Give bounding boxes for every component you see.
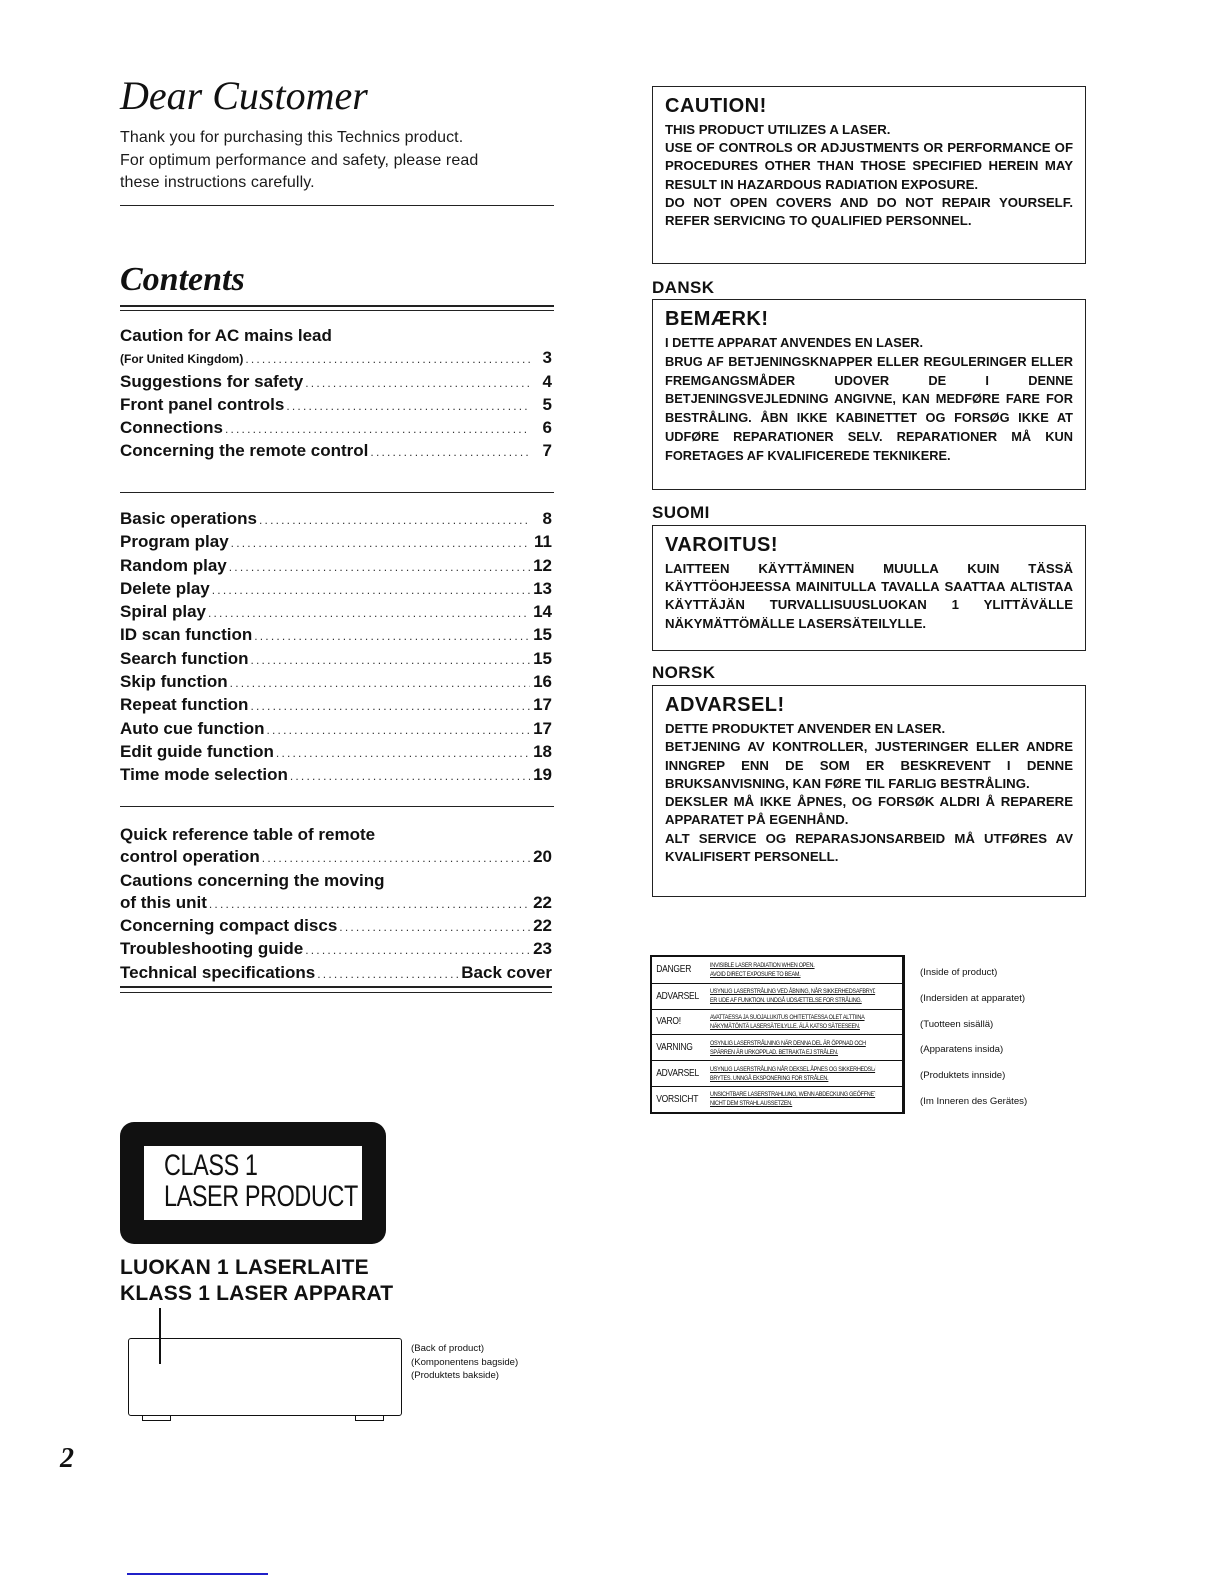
class-label-swedish: KLASS 1 LASER APPARAT	[120, 1281, 393, 1307]
toc-leader-dots	[225, 418, 530, 440]
label-table-line: OSYNLIG LASERSTRÅLNING NÄR DENNA DEL ÄR …	[710, 1039, 875, 1048]
toc-entry-page: 15	[532, 624, 552, 646]
toc-entry[interactable]: (For United Kingdom)3	[120, 347, 552, 370]
link-underline[interactable]	[127, 1573, 268, 1575]
language-heading-norsk: NORSK	[652, 663, 715, 683]
label-table-key: VORSICHT	[652, 1094, 701, 1105]
toc-entry-label: Search function	[120, 648, 248, 670]
product-foot-right	[355, 1416, 384, 1421]
label-table-row: VARNINGOSYNLIG LASERSTRÅLNING NÄR DENNA …	[652, 1034, 902, 1060]
toc-entry-page: 17	[532, 718, 552, 740]
label-table-text: AVATTAESSA JA SUOJALUKITUS OHITETTAESSA …	[710, 1013, 875, 1031]
label-table-text: USYNLIG LASERSTRÅLING VED ÅBNING, NÅR SI…	[710, 987, 875, 1005]
toc-entry-label: Edit guide function	[120, 741, 274, 763]
badge-line: CLASS 1	[164, 1150, 358, 1181]
norsk-paragraph: ALT SERVICE OG REPARASJONSARBEID MÅ UTFØ…	[665, 830, 1073, 867]
greeting-title: Dear Customer	[120, 72, 368, 120]
toc-entry-page: 23	[532, 938, 552, 960]
greeting-line: Thank you for purchasing this Technics p…	[120, 127, 560, 150]
suomi-warning-body: LAITTEEN KÄYTTÄMINEN MUULLA KUIN TÄSSÄ K…	[665, 560, 1073, 633]
toc-entry[interactable]: Concerning the remote control7	[120, 440, 552, 463]
class1-laser-badge-inner: CLASS 1 LASER PRODUCT	[144, 1146, 362, 1220]
label-table-key: DANGER	[652, 964, 701, 975]
laser-warning-label-table: DANGERINVISIBLE LASER RADIATION WHEN OPE…	[650, 955, 905, 1114]
toc-entry-page: 3	[532, 347, 552, 369]
suomi-paragraph: LAITTEEN KÄYTTÄMINEN MUULLA KUIN TÄSSÄ K…	[665, 560, 1073, 633]
product-back-diagram	[128, 1338, 402, 1416]
toc-entry-page: 22	[532, 915, 552, 937]
label-table-text: UNSICHTBARE LASERSTRAHLUNG, WENN ABDECKU…	[710, 1090, 875, 1108]
divider	[120, 305, 554, 307]
toc-entry-page: 17	[532, 694, 552, 716]
caution-paragraph: THIS PRODUCT UTILIZES A LASER.	[665, 121, 1073, 139]
back-caption: (Komponentens bagside)	[411, 1356, 518, 1370]
toc-leader-dots	[208, 602, 530, 624]
suomi-warning-box: VAROITUS! LAITTEEN KÄYTTÄMINEN MUULLA KU…	[652, 525, 1086, 651]
toc-leader-dots	[250, 649, 530, 671]
class-label-finnish: LUOKAN 1 LASERLAITE	[120, 1255, 369, 1281]
toc-entry-page: 6	[532, 417, 552, 439]
label-table-line: USYNLIG LASERSTRÅLING VED ÅBNING, NÅR SI…	[710, 987, 875, 996]
toc-entry-label: Cautions concerning the moving	[120, 870, 384, 892]
label-caption: (Produktets innside)	[920, 1063, 1027, 1089]
toc-entry[interactable]: Random play12	[120, 555, 552, 578]
norsk-paragraph: BETJENING AV KONTROLLER, JUSTERINGER ELL…	[665, 738, 1073, 793]
toc-entry[interactable]: of this unit22	[120, 892, 552, 915]
toc-entry-label: of this unit	[120, 892, 207, 914]
label-table-line: SPÄRREN ÄR URKOPPLAD. BETRAKTA EJ STRÅLE…	[710, 1048, 875, 1057]
toc-entry-label: Quick reference table of remote	[120, 824, 375, 846]
dansk-paragraph: BRUG AF BETJENINGSKNAPPER ELLER REGULERI…	[665, 353, 1073, 466]
label-table-line: NÄKYMÄTÖNTÄ LASERSÄTEILYLLE. ÄLÄ KATSO S…	[710, 1022, 875, 1031]
toc-leader-dots	[305, 939, 530, 961]
label-pointer-line	[159, 1308, 161, 1364]
back-caption: (Back of product)	[411, 1342, 518, 1356]
divider	[120, 986, 552, 988]
language-heading-dansk: DANSK	[652, 278, 714, 298]
label-table-row: DANGERINVISIBLE LASER RADIATION WHEN OPE…	[652, 957, 902, 983]
label-caption: (Apparatens insida)	[920, 1037, 1027, 1063]
toc-entry[interactable]: ID scan function15	[120, 624, 552, 647]
label-table-row: ADVARSELUSYNLIG LASERSTRÅLING VED ÅBNING…	[652, 983, 902, 1009]
toc-entry[interactable]: Basic operations8	[120, 508, 552, 531]
label-table-key: ADVARSEL	[652, 1068, 701, 1079]
product-foot-left	[142, 1416, 171, 1421]
toc-entry-page: Back cover	[461, 962, 552, 984]
toc-leader-dots	[370, 441, 530, 463]
back-of-product-captions: (Back of product) (Komponentens bagside)…	[411, 1342, 518, 1383]
toc-entry-label: (For United Kingdom)	[120, 348, 243, 370]
label-table-line: BRYTES. UNNGÅ EKSPONERING FOR STRÅLEN.	[710, 1074, 875, 1083]
label-table-line: AVATTAESSA JA SUOJALUKITUS OHITETTAESSA …	[710, 1013, 875, 1022]
toc-entry-page: 12	[532, 555, 552, 577]
toc-entry-page: 7	[532, 440, 552, 462]
toc-entry-label: Technical specifications	[120, 962, 315, 984]
label-table-key: VARNING	[652, 1042, 701, 1053]
toc-leader-dots	[339, 916, 530, 938]
norsk-warning-body: DETTE PRODUKTET ANVENDER EN LASER. BETJE…	[665, 720, 1073, 866]
toc-entry[interactable]: Time mode selection19	[120, 764, 552, 787]
toc-leader-dots	[254, 625, 530, 647]
caution-box: CAUTION! THIS PRODUCT UTILIZES A LASER. …	[652, 86, 1086, 264]
norsk-warning-box: ADVARSEL! DETTE PRODUKTET ANVENDER EN LA…	[652, 685, 1086, 897]
toc-entry-label: Basic operations	[120, 508, 257, 530]
toc-leader-dots	[245, 348, 530, 370]
norsk-warning-title: ADVARSEL!	[665, 692, 1073, 718]
divider	[120, 992, 552, 993]
toc-leader-dots	[266, 719, 530, 741]
label-table-row: VARO!AVATTAESSA JA SUOJALUKITUS OHITETTA…	[652, 1009, 902, 1035]
toc-entry-page: 16	[532, 671, 552, 693]
toc-entry[interactable]: Edit guide function18	[120, 741, 552, 764]
toc-leader-dots	[212, 579, 530, 601]
caution-paragraph: USE OF CONTROLS OR ADJUSTMENTS OR PERFOR…	[665, 139, 1073, 194]
class1-laser-badge-text: CLASS 1 LASER PRODUCT	[164, 1150, 358, 1212]
toc-entry-page: 15	[532, 648, 552, 670]
toc-entry-page: 5	[532, 394, 552, 416]
toc-group-1: Caution for AC mains lead(For United Kin…	[120, 325, 552, 464]
greeting-line: these instructions carefully.	[120, 172, 560, 195]
label-table-row: ADVARSELUSYNLIG LASERSTRÅLING NÅR DEKSEL…	[652, 1060, 902, 1086]
toc-leader-dots	[229, 556, 530, 578]
toc-entry-label: Concerning the remote control	[120, 440, 368, 462]
label-table-text: OSYNLIG LASERSTRÅLNING NÄR DENNA DEL ÄR …	[710, 1039, 875, 1057]
toc-entry-page: 20	[532, 846, 552, 868]
greeting-text: Thank you for purchasing this Technics p…	[120, 127, 560, 195]
toc-leader-dots	[276, 742, 530, 764]
language-heading-suomi: SUOMI	[652, 503, 710, 523]
toc-entry[interactable]: Repeat function17	[120, 694, 552, 717]
toc-entry-label: ID scan function	[120, 624, 252, 646]
divider	[120, 310, 554, 311]
toc-leader-dots	[209, 893, 530, 915]
caution-title: CAUTION!	[665, 93, 1073, 119]
label-table-text: INVISIBLE LASER RADIATION WHEN OPEN.AVOI…	[710, 961, 875, 979]
label-table-row: VORSICHTUNSICHTBARE LASERSTRAHLUNG, WENN…	[652, 1086, 902, 1112]
caution-paragraph: DO NOT OPEN COVERS AND DO NOT REPAIR YOU…	[665, 194, 1073, 230]
label-table-line: USYNLIG LASERSTRÅLING NÅR DEKSEL ÅPNES O…	[710, 1065, 875, 1074]
toc-entry-label: Troubleshooting guide	[120, 938, 303, 960]
toc-group-2: Basic operations8Program play11Random pl…	[120, 508, 552, 788]
toc-entry-label: Front panel controls	[120, 394, 284, 416]
toc-entry: Caution for AC mains lead	[120, 325, 552, 347]
suomi-warning-title: VAROITUS!	[665, 532, 1073, 558]
toc-entry-label: Random play	[120, 555, 227, 577]
toc-entry[interactable]: Delete play13	[120, 578, 552, 601]
label-table-line: AVOID DIRECT EXPOSURE TO BEAM.	[710, 970, 875, 979]
dansk-warning-box: BEMÆRK! I DETTE APPARAT ANVENDES EN LASE…	[652, 299, 1086, 490]
toc-entry[interactable]: Auto cue function17	[120, 718, 552, 741]
greeting-line: For optimum performance and safety, plea…	[120, 150, 560, 173]
norsk-paragraph: DEKSLER MÅ IKKE ÅPNES, OG FORSØK ALDRI Å…	[665, 793, 1073, 830]
toc-entry-label: Connections	[120, 417, 223, 439]
toc-leader-dots	[286, 395, 530, 417]
label-caption: (Im Inneren des Gerätes)	[920, 1089, 1027, 1115]
label-table-line: ER UDE AF FUNKTION. UNDGÅ UDSÆTTELSE FOR…	[710, 996, 875, 1005]
class1-laser-badge: CLASS 1 LASER PRODUCT	[120, 1122, 386, 1244]
toc-entry[interactable]: Skip function16	[120, 671, 552, 694]
toc-entry-label: Suggestions for safety	[120, 371, 303, 393]
toc-leader-dots	[231, 532, 530, 554]
label-table-line: NICHT DEM STRAHL AUSSETZEN.	[710, 1099, 875, 1108]
label-table-line: INVISIBLE LASER RADIATION WHEN OPEN.	[710, 961, 875, 970]
divider	[120, 806, 554, 807]
label-caption: (Inside of product)	[920, 960, 1027, 986]
label-captions: (Inside of product)(Indersiden at appara…	[920, 960, 1027, 1115]
toc-entry-label: Caution for AC mains lead	[120, 325, 332, 347]
label-table-key: ADVARSEL	[652, 991, 701, 1002]
toc-leader-dots	[230, 672, 530, 694]
contents-title: Contents	[120, 258, 245, 302]
toc-entry[interactable]: control operation20	[120, 846, 552, 869]
page-number: 2	[60, 1443, 74, 1475]
toc-leader-dots	[290, 765, 530, 787]
toc-entry[interactable]: Program play11	[120, 531, 552, 554]
toc-entry-page: 13	[532, 578, 552, 600]
toc-entry-page: 4	[532, 371, 552, 393]
toc-entry-label: Spiral play	[120, 601, 206, 623]
toc-entry[interactable]: Search function15	[120, 648, 552, 671]
toc-entry-label: Skip function	[120, 671, 228, 693]
toc-entry-label: Time mode selection	[120, 764, 288, 786]
dansk-warning-title: BEMÆRK!	[665, 306, 1073, 332]
toc-entry[interactable]: Technical specificationsBack cover	[120, 962, 552, 985]
toc-entry-label: Program play	[120, 531, 229, 553]
dansk-paragraph: I DETTE APPARAT ANVENDES EN LASER.	[665, 334, 1073, 353]
label-caption: (Indersiden at apparatet)	[920, 986, 1027, 1012]
toc-entry[interactable]: Spiral play14	[120, 601, 552, 624]
toc-leader-dots	[317, 963, 459, 985]
divider	[120, 492, 554, 493]
divider	[120, 205, 554, 206]
toc-entry: Cautions concerning the moving	[120, 870, 552, 892]
dansk-warning-body: I DETTE APPARAT ANVENDES EN LASER. BRUG …	[665, 334, 1073, 466]
toc-group-3: Quick reference table of remotecontrol o…	[120, 824, 552, 985]
toc-leader-dots	[250, 695, 530, 717]
toc-entry[interactable]: Troubleshooting guide23	[120, 938, 552, 961]
toc-entry[interactable]: Suggestions for safety4	[120, 371, 552, 394]
toc-entry-label: Delete play	[120, 578, 210, 600]
label-caption: (Tuotteen sisällä)	[920, 1012, 1027, 1038]
toc-entry-page: 19	[532, 764, 552, 786]
toc-entry-page: 11	[532, 531, 552, 553]
toc-leader-dots	[262, 847, 530, 869]
toc-entry-label: Concerning compact discs	[120, 915, 337, 937]
toc-entry-page: 18	[532, 741, 552, 763]
toc-leader-dots	[259, 509, 530, 531]
toc-entry-label: control operation	[120, 846, 260, 868]
toc-entry[interactable]: Front panel controls5	[120, 394, 552, 417]
toc-entry-label: Auto cue function	[120, 718, 264, 740]
toc-entry[interactable]: Concerning compact discs22	[120, 915, 552, 938]
norsk-paragraph: DETTE PRODUKTET ANVENDER EN LASER.	[665, 720, 1073, 738]
toc-entry-page: 22	[532, 892, 552, 914]
toc-entry-label: Repeat function	[120, 694, 248, 716]
toc-leader-dots	[305, 372, 530, 394]
toc-entry-page: 8	[532, 508, 552, 530]
toc-entry: Quick reference table of remote	[120, 824, 552, 846]
label-table-line: UNSICHTBARE LASERSTRAHLUNG, WENN ABDECKU…	[710, 1090, 875, 1099]
label-table-key: VARO!	[652, 1016, 701, 1027]
toc-entry[interactable]: Connections6	[120, 417, 552, 440]
back-caption: (Produktets bakside)	[411, 1369, 518, 1383]
badge-line: LASER PRODUCT	[164, 1181, 358, 1212]
caution-body: THIS PRODUCT UTILIZES A LASER. USE OF CO…	[665, 121, 1073, 230]
toc-entry-page: 14	[532, 601, 552, 623]
label-table-text: USYNLIG LASERSTRÅLING NÅR DEKSEL ÅPNES O…	[710, 1065, 875, 1083]
